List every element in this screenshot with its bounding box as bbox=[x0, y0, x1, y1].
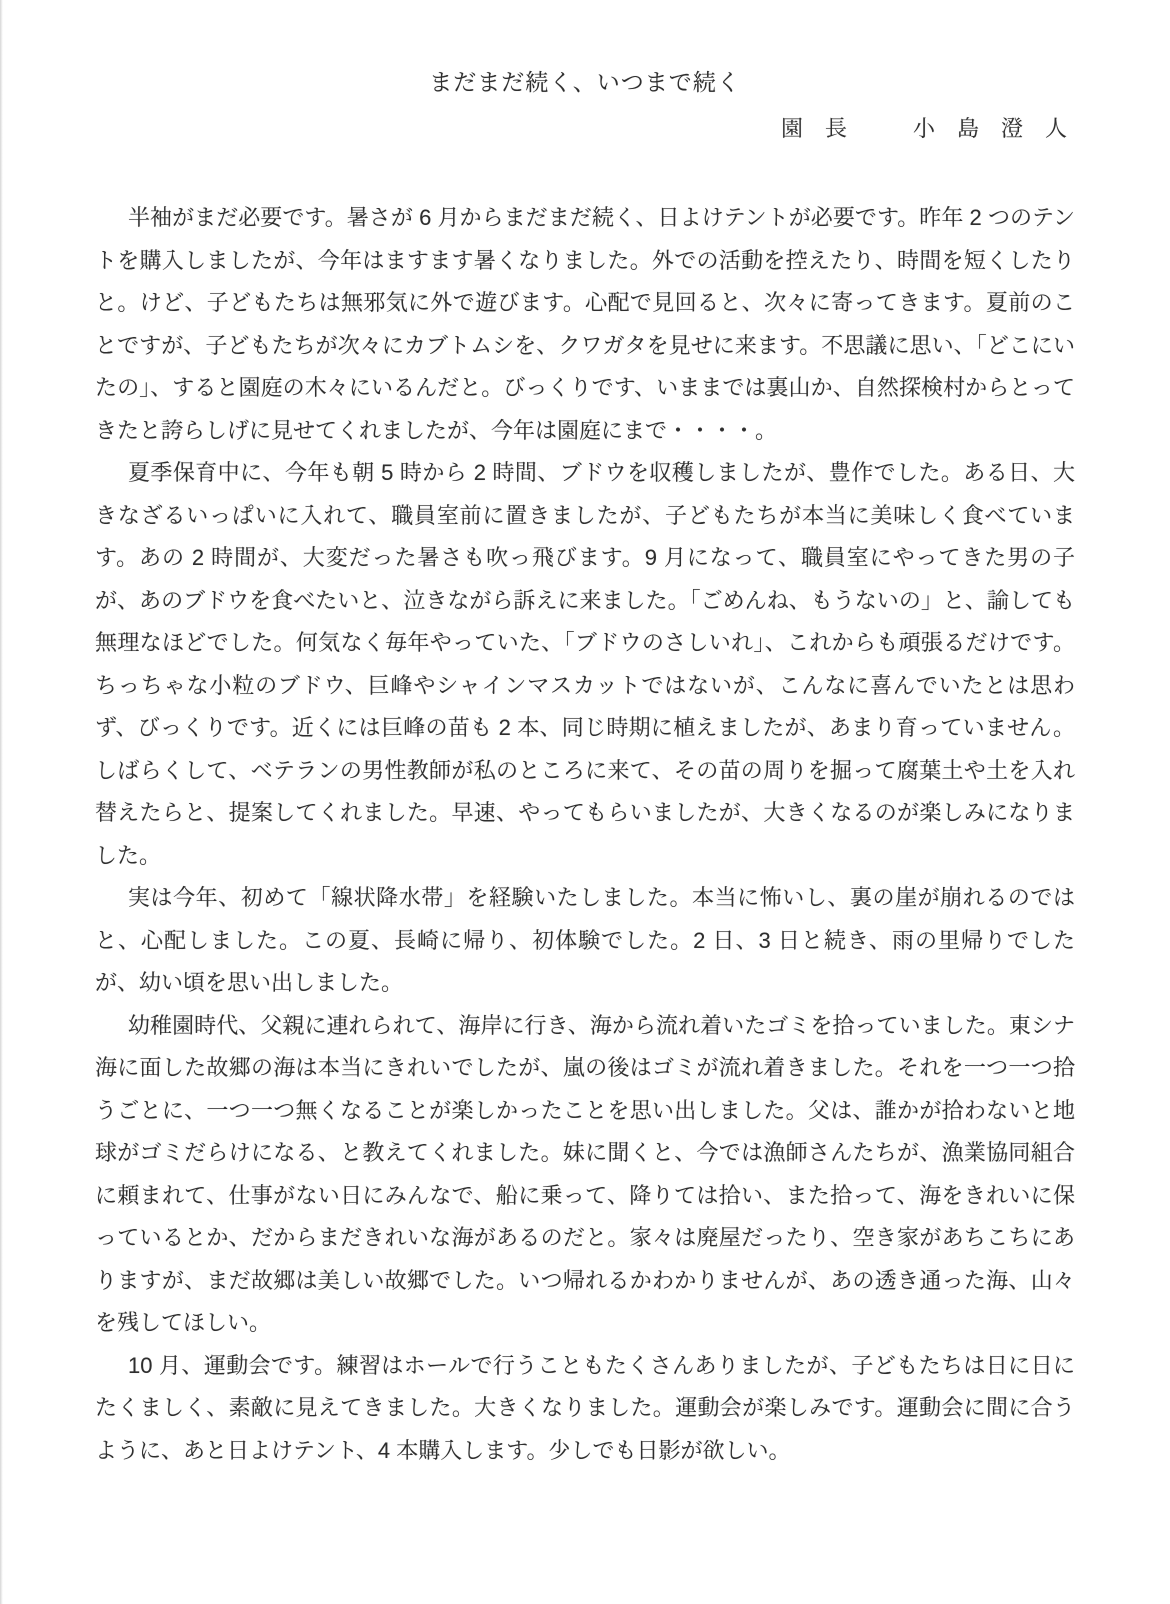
byline: 園 長 小 島 澄 人 bbox=[95, 112, 1075, 143]
paragraph: 半袖がまだ必要です。暑さが 6 月からまだまだ続く、日よけテントが必要です。昨年… bbox=[95, 197, 1075, 452]
document-title: まだまだ続く、いつまで続く bbox=[95, 64, 1075, 97]
paragraph: 夏季保育中に、今年も朝 5 時から 2 時間、ブドウを収穫しましたが、豊作でした… bbox=[95, 452, 1075, 877]
paragraph: 実は今年、初めて「線状降水帯」を経験いたしました。本当に怖いし、裏の崖が崩れるの… bbox=[95, 877, 1075, 1005]
document-content: まだまだ続く、いつまで続く 園 長 小 島 澄 人 半袖がまだ必要です。暑さが … bbox=[95, 64, 1075, 1472]
document-body: 半袖がまだ必要です。暑さが 6 月からまだまだ続く、日よけテントが必要です。昨年… bbox=[95, 197, 1075, 1472]
scanned-document-page: まだまだ続く、いつまで続く 園 長 小 島 澄 人 半袖がまだ必要です。暑さが … bbox=[0, 0, 1170, 1604]
scan-edge-artifact bbox=[0, 0, 3, 1604]
paragraph: 10 月、運動会です。練習はホールで行うこともたくさんありましたが、子どもたちは… bbox=[95, 1345, 1075, 1473]
paragraph: 幼稚園時代、父親に連れられて、海岸に行き、海から流れ着いたゴミを拾っていました。… bbox=[95, 1005, 1075, 1345]
